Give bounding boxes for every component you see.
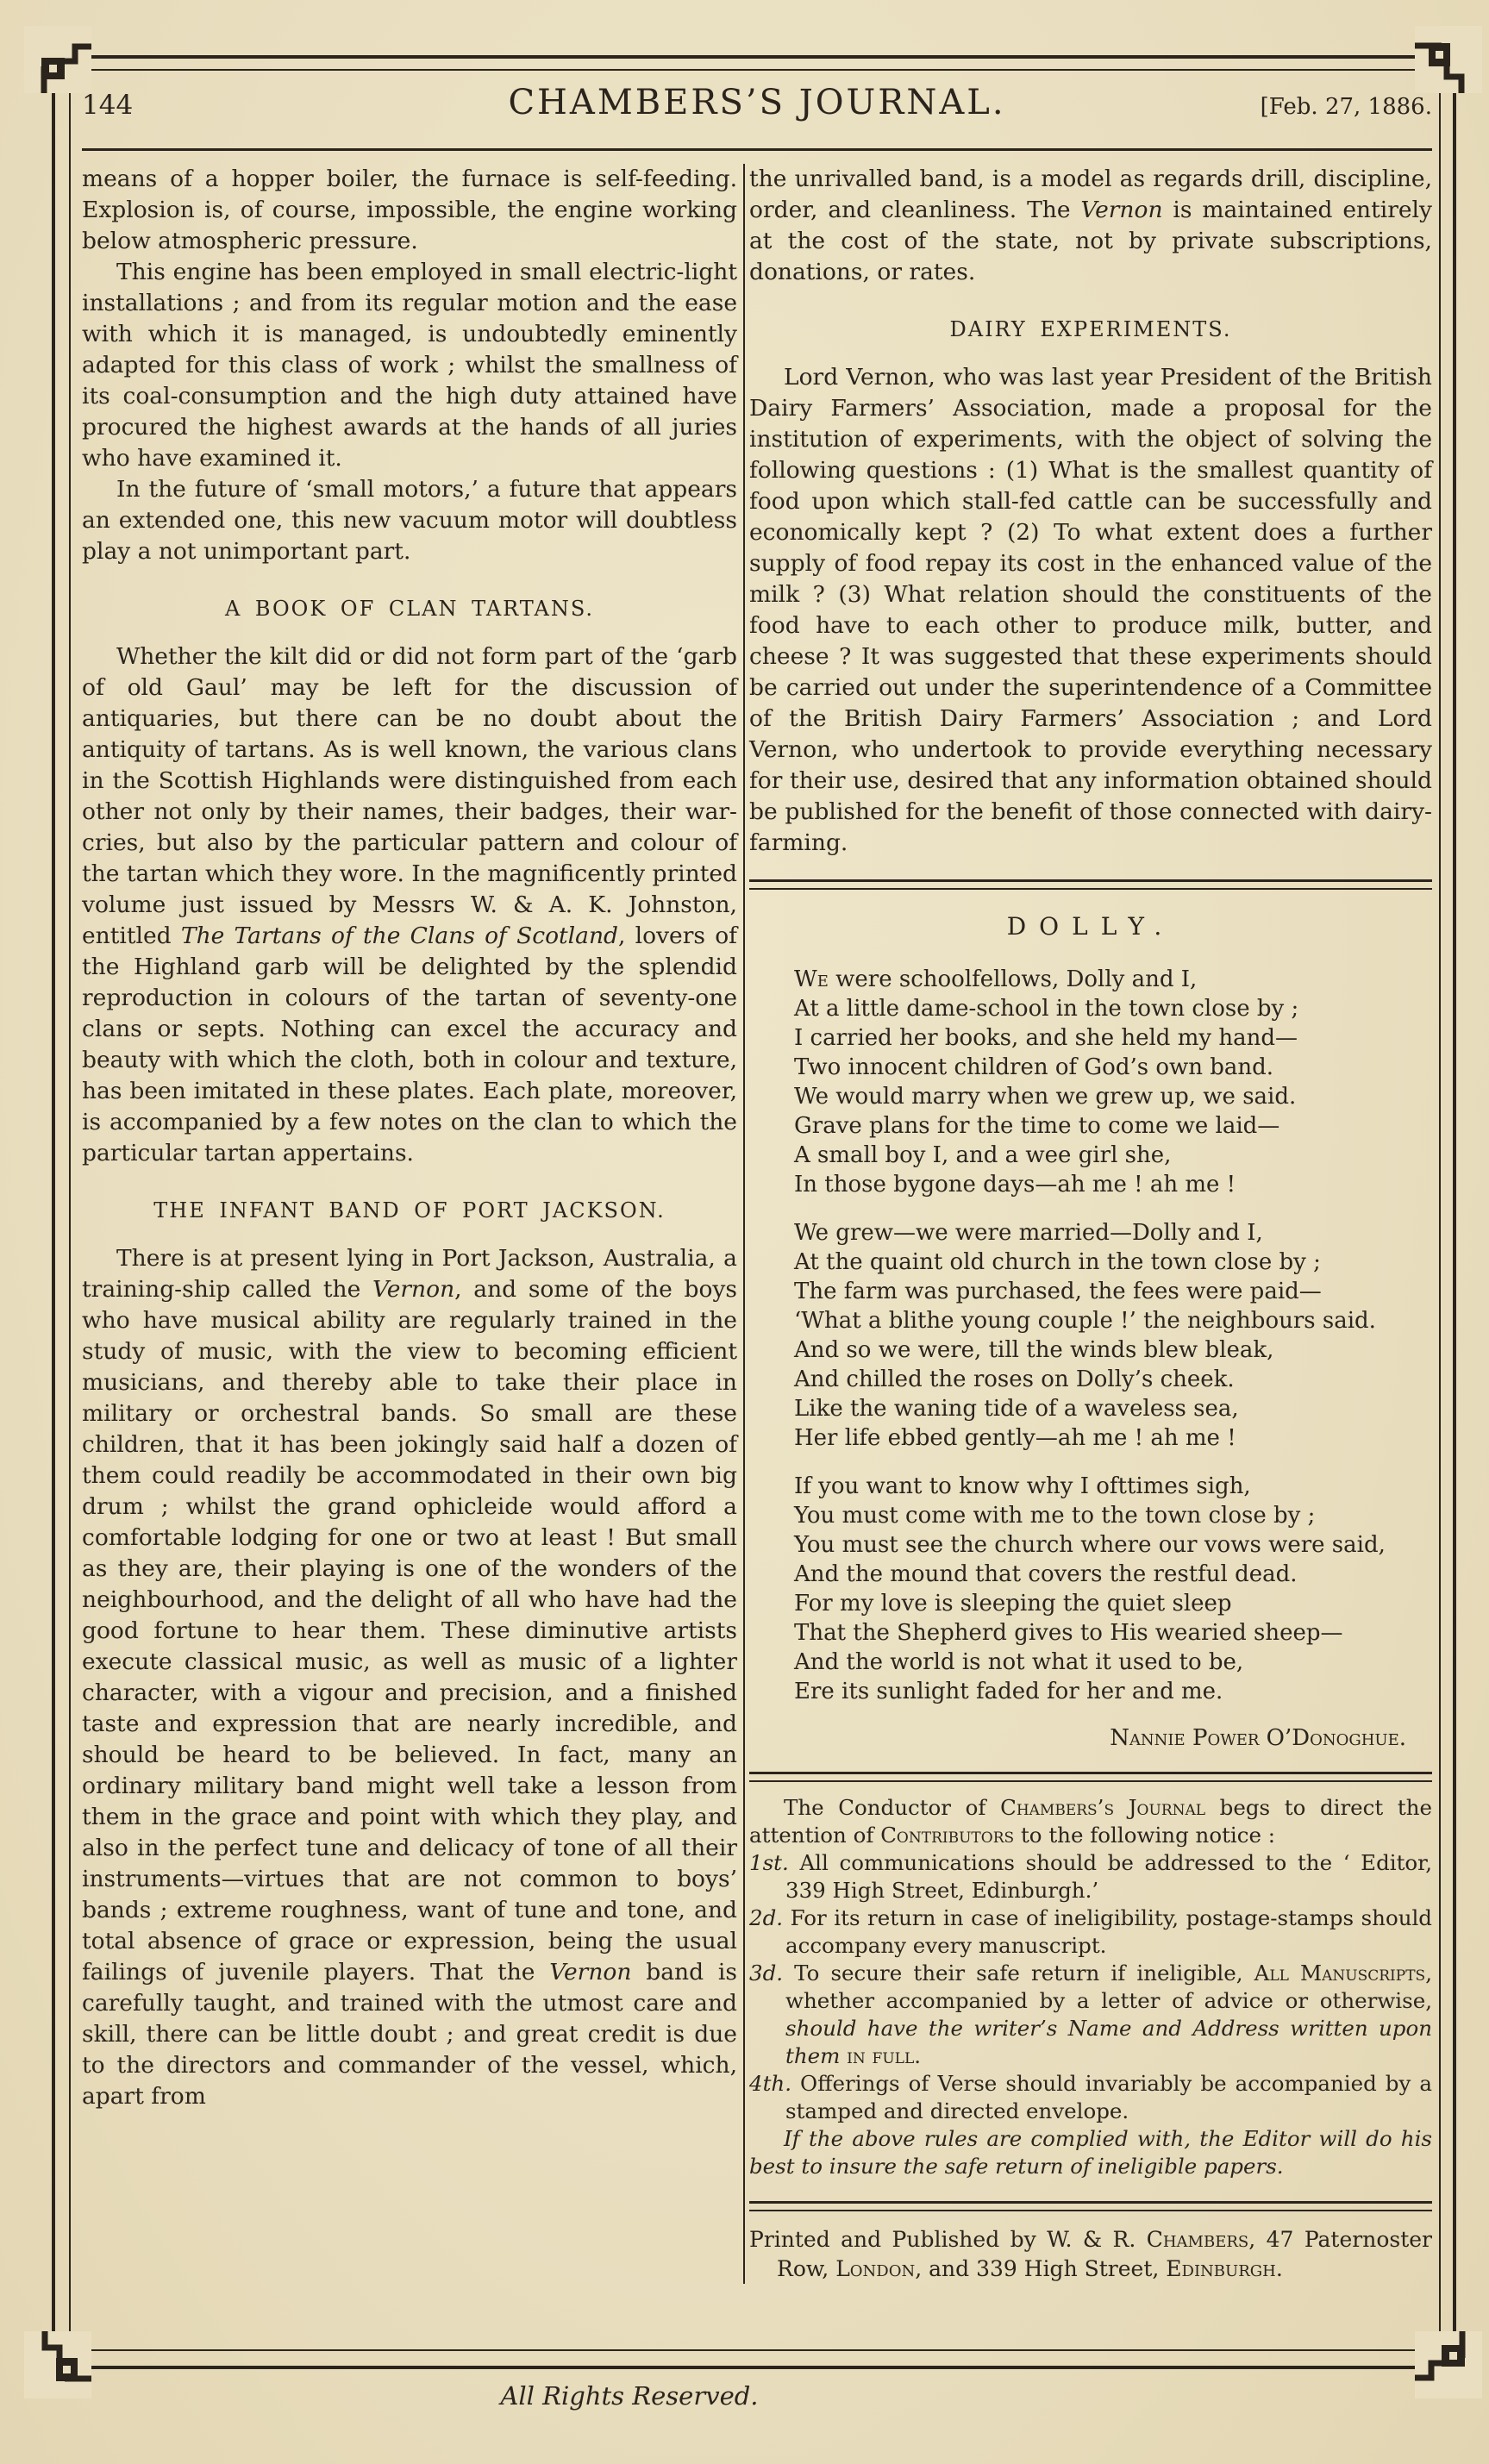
text-segment: , and 339 High Street, bbox=[915, 2256, 1166, 2281]
article-paragraph: Whether the kilt did or did not form par… bbox=[82, 641, 737, 1169]
poem-line: Grave plans for the time to come we laid… bbox=[794, 1111, 1432, 1141]
notice-item-marker: 1st. bbox=[749, 1850, 789, 1875]
poem-line: I carried her books, and she held my han… bbox=[794, 1023, 1432, 1053]
text-segment: , and some of the boys who have musical … bbox=[82, 1276, 737, 1986]
poem-line: In those bygone days—ah me ! ah me ! bbox=[794, 1170, 1432, 1199]
poem-line: That the Shepherd gives to His wearied s… bbox=[794, 1618, 1432, 1648]
text-segment: You must see the church where our vows w… bbox=[794, 1532, 1386, 1558]
text-segment: The Tartans of the Clans of Scotland bbox=[181, 922, 618, 949]
text-segment: Printed and Published by W. & R. bbox=[749, 2227, 1147, 2252]
text-segment: Her life ebbed gently—ah me ! ah me ! bbox=[794, 1425, 1236, 1451]
poem-line: Like the waning tide of a waveless sea, bbox=[794, 1394, 1432, 1423]
poem-line: And chilled the roses on Dolly’s cheek. bbox=[794, 1365, 1432, 1394]
text-segment: London bbox=[835, 2256, 915, 2281]
article-paragraph: In the future of ‘small motors,’ a futur… bbox=[82, 474, 737, 567]
text-segment: And the world is not what it used to be, bbox=[794, 1649, 1243, 1675]
text-segment: All Manuscripts bbox=[1254, 1961, 1426, 1986]
text-segment: Vernon bbox=[372, 1276, 454, 1303]
notice-item-marker: 2d. bbox=[749, 1905, 783, 1930]
text-segment: Whether the kilt did or did not form par… bbox=[82, 643, 737, 949]
text-segment: Offerings of Verse should invariably be … bbox=[785, 2071, 1432, 2123]
text-segment: This engine has been employed in small e… bbox=[82, 259, 737, 472]
text-segment: Chambers bbox=[1147, 2227, 1249, 2252]
article-paragraph: Lord Vernon, who was last year President… bbox=[749, 362, 1432, 859]
text-segment: And chilled the roses on Dolly’s cheek. bbox=[794, 1366, 1235, 1392]
poem-line: A small boy I, and a wee girl she, bbox=[794, 1141, 1432, 1170]
notice-item-marker: 4th. bbox=[749, 2071, 791, 2096]
poem-line: And so we were, till the winds blew blea… bbox=[794, 1335, 1432, 1365]
text-segment: ‘What a blithe young couple !’ the neigh… bbox=[794, 1308, 1376, 1334]
notice-item-marker: 3d. bbox=[749, 1961, 783, 1986]
poem-line: ‘What a blithe young couple !’ the neigh… bbox=[794, 1306, 1432, 1335]
text-segment bbox=[840, 2043, 847, 2068]
notice-intro: The Conductor of Chambers’s Journal begs… bbox=[749, 1794, 1432, 1849]
poem-line: We grew—we were married—Dolly and I, bbox=[794, 1218, 1432, 1248]
poem-author: Nannie Power O’Donoghue. bbox=[749, 1725, 1432, 1751]
issue-date: [Feb. 27, 1886. bbox=[1242, 94, 1432, 120]
text-segment: The Conductor of bbox=[784, 1795, 1000, 1820]
journal-title: CHAMBERS’S JOURNAL. bbox=[272, 83, 1242, 122]
poem-stanza: We grew—we were married—Dolly and I,At t… bbox=[794, 1218, 1432, 1453]
section-divider-rule bbox=[749, 1772, 1432, 1782]
notice-item: 4th. Offerings of Verse should invariabl… bbox=[749, 2070, 1432, 2125]
text-segment: If you want to know why I ofttimes sigh, bbox=[794, 1473, 1251, 1499]
text-segment: For my love is sleeping the quiet sleep bbox=[794, 1591, 1232, 1617]
text-segment: The farm was purchased, the fees were pa… bbox=[794, 1279, 1322, 1304]
section-heading: DAIRY EXPERIMENTS. bbox=[749, 317, 1432, 341]
text-segment: In the future of ‘small motors,’ a futur… bbox=[82, 476, 737, 565]
text-segment: Lord Vernon, who was last year President… bbox=[749, 364, 1432, 856]
text-segment: Like the waning tide of a waveless sea, bbox=[794, 1396, 1239, 1422]
poem-line: We would marry when we grew up, we said. bbox=[794, 1082, 1432, 1111]
article-paragraph: There is at present lying in Port Jackso… bbox=[82, 1243, 737, 2112]
text-segment: I carried her books, and she held my han… bbox=[794, 1025, 1298, 1051]
page-header: 144 CHAMBERS’S JOURNAL. [Feb. 27, 1886. bbox=[82, 83, 1432, 122]
text-segment: means of a hopper boiler, the furnace is… bbox=[82, 166, 737, 254]
text-segment: That the Shepherd gives to His wearied s… bbox=[794, 1620, 1343, 1646]
poem-line: For my love is sleeping the quiet sleep bbox=[794, 1589, 1432, 1618]
poem-line: You must come with me to the town close … bbox=[794, 1501, 1432, 1530]
poem-stanza: We were schoolfellows, Dolly and I,At a … bbox=[794, 965, 1432, 1199]
section-divider-rule bbox=[749, 879, 1432, 890]
section-heading: THE INFANT BAND OF PORT JACKSON. bbox=[82, 1198, 737, 1223]
text-segment: Chambers’s Journal bbox=[1000, 1795, 1205, 1820]
notice-item: 1st. All communications should be addres… bbox=[749, 1849, 1432, 1904]
text-segment: Grave plans for the time to come we laid… bbox=[794, 1113, 1279, 1139]
text-segment: Nannie Power O’Donoghue. bbox=[1110, 1725, 1406, 1751]
text-segment: Vernon bbox=[1080, 197, 1162, 223]
poem-line: Two innocent children of God’s own band. bbox=[794, 1053, 1432, 1082]
text-segment: And the mound that covers the restful de… bbox=[794, 1561, 1298, 1587]
text-segment: And so we were, till the winds blew blea… bbox=[794, 1337, 1273, 1363]
poem-line: Ere its sunlight faded for her and me. bbox=[794, 1677, 1432, 1706]
header-rule bbox=[82, 148, 1432, 151]
poem-line: And the mound that covers the restful de… bbox=[794, 1560, 1432, 1589]
text-segment: At a little dame-school in the town clos… bbox=[794, 996, 1298, 1022]
text-segment: Vernon bbox=[549, 1959, 631, 1986]
section-heading: DOLLY. bbox=[749, 912, 1432, 941]
text-segment: were schoolfellows, Dolly and I, bbox=[829, 966, 1197, 992]
text-segment: We bbox=[794, 966, 829, 992]
text-segment: Two innocent children of God’s own band. bbox=[794, 1054, 1273, 1080]
text-segment: At the quaint old church in the town clo… bbox=[794, 1249, 1321, 1275]
text-segment: All communications should be addressed t… bbox=[785, 1850, 1432, 1903]
poem-line: And the world is not what it used to be, bbox=[794, 1648, 1432, 1677]
text-segment: A small boy I, and a wee girl she, bbox=[794, 1142, 1171, 1168]
page-number: 144 bbox=[82, 90, 272, 121]
column-divider bbox=[743, 164, 745, 2284]
text-segment: , lovers of the Highland garb will be de… bbox=[82, 922, 737, 1166]
notice-editor-note: If the above rules are complied with, th… bbox=[749, 2125, 1432, 2180]
text-segment: We grew—we were married—Dolly and I, bbox=[794, 1220, 1263, 1246]
poem-line: The farm was purchased, the fees were pa… bbox=[794, 1277, 1432, 1306]
poem-line: If you want to know why I ofttimes sigh, bbox=[794, 1472, 1432, 1501]
notice-item: 3d. To secure their safe return if ineli… bbox=[749, 1960, 1432, 2070]
text-segment: In those bygone days—ah me ! ah me ! bbox=[794, 1172, 1236, 1198]
left-column: means of a hopper boiler, the furnace is… bbox=[82, 164, 737, 2284]
text-segment: If the above rules are complied with, th… bbox=[749, 2126, 1432, 2179]
text-segment: Contributors bbox=[880, 1823, 1014, 1848]
section-divider-rule bbox=[749, 2201, 1432, 2211]
text-segment: . bbox=[1276, 2256, 1283, 2281]
text-segment: to the following notice : bbox=[1014, 1823, 1275, 1848]
text-segment: Edinburgh bbox=[1166, 2256, 1276, 2281]
poem-line: You must see the church where our vows w… bbox=[794, 1530, 1432, 1560]
poem-line: We were schoolfellows, Dolly and I, bbox=[794, 965, 1432, 994]
section-heading: A BOOK OF CLAN TARTANS. bbox=[82, 597, 737, 621]
text-segment: To secure their safe return if ineligibl… bbox=[783, 1961, 1254, 1986]
text-segment: You must come with me to the town close … bbox=[794, 1503, 1315, 1529]
article-paragraph: means of a hopper boiler, the furnace is… bbox=[82, 164, 737, 257]
article-paragraph: the unrivalled band, is a model as regar… bbox=[749, 164, 1432, 288]
text-segment: For its return in case of ineligibility,… bbox=[783, 1905, 1432, 1958]
text-segment: We would marry when we grew up, we said. bbox=[794, 1084, 1296, 1110]
text-segment: in full. bbox=[847, 2043, 921, 2068]
rights-footer: All Rights Reserved. bbox=[0, 2381, 1259, 2411]
right-column: the unrivalled band, is a model as regar… bbox=[749, 164, 1432, 2284]
poem-line: At the quaint old church in the town clo… bbox=[794, 1248, 1432, 1277]
page-body: means of a hopper boiler, the furnace is… bbox=[82, 164, 1432, 2284]
article-paragraph: This engine has been employed in small e… bbox=[82, 257, 737, 474]
corner-ornament-icon bbox=[1415, 2331, 1482, 2398]
poem-line: Her life ebbed gently—ah me ! ah me ! bbox=[794, 1423, 1432, 1453]
text-segment: Ere its sunlight faded for her and me. bbox=[794, 1679, 1223, 1704]
notice-item: 2d. For its return in case of ineligibil… bbox=[749, 1904, 1432, 1960]
poem-line: At a little dame-school in the town clos… bbox=[794, 994, 1432, 1023]
imprint: Printed and Published by W. & R. Chamber… bbox=[749, 2225, 1432, 2284]
poem-stanza: If you want to know why I ofttimes sigh,… bbox=[794, 1472, 1432, 1706]
